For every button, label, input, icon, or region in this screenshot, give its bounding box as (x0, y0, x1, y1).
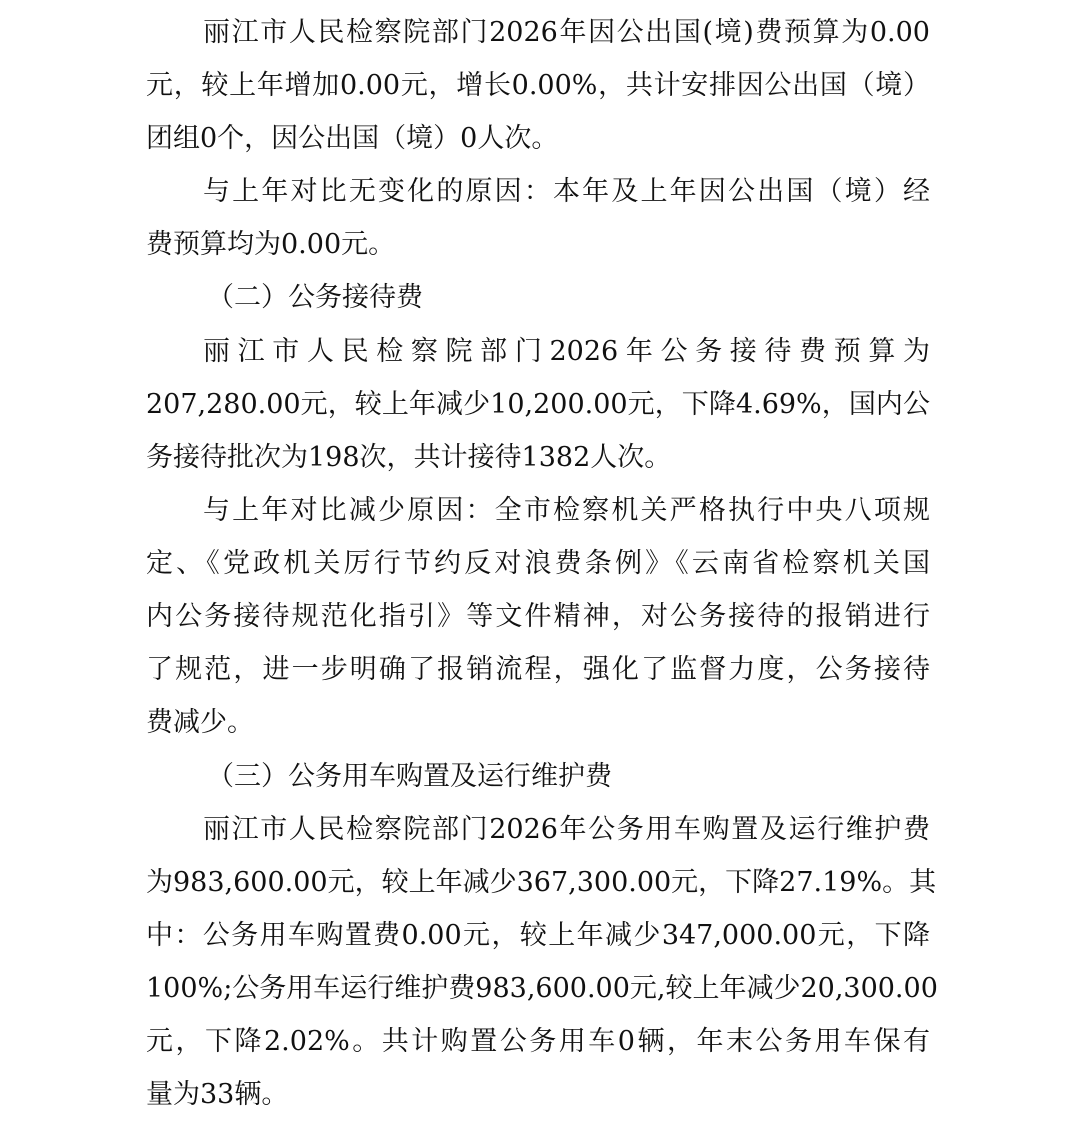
overseas-reason-line-1: 与上年对比无变化的原因：本年及上年因公出国（境）经 (203, 172, 930, 212)
reception-reason-line-1: 与上年对比减少原因：全市检察机关严格执行中央八项规 (203, 491, 930, 531)
reception-reason-line-3: 内公务接待规范化指引》等文件精神，对公务接待的报销进行 (146, 597, 930, 637)
vehicle-budget-line-1: 丽江市人民检察院部门2026年公务用车购置及运行维护费 (203, 810, 930, 850)
overseas-budget-line-2: 元，较上年增加0.00元，增长0.00%，共计安排因公出国（境） (146, 66, 930, 106)
reception-budget-line-1: 丽江市人民检察院部门2026年公务接待费预算为 (203, 332, 930, 372)
vehicle-budget-line-2: 为983,600.00元，较上年减少367,300.00元，下降27.19%。其 (146, 863, 930, 903)
reception-reason-line-4: 了规范，进一步明确了报销流程，强化了监督力度，公务接待 (146, 650, 930, 690)
document-page: 丽江市人民检察院部门2026年因公出国(境)费预算为0.00 元，较上年增加0.… (0, 0, 1074, 1121)
vehicle-budget-line-6: 量为33辆。 (146, 1075, 930, 1115)
section-heading-vehicles: （三）公务用车购置及运行维护费 (207, 757, 930, 797)
vehicle-budget-line-3: 中：公务用车购置费0.00元，较上年减少347,000.00元，下降 (146, 916, 930, 956)
reception-reason-line-2: 定、《党政机关厉行节约反对浪费条例》《云南省检察机关国 (146, 544, 930, 584)
reception-reason-line-5: 费减少。 (146, 703, 930, 743)
overseas-budget-line-1: 丽江市人民检察院部门2026年因公出国(境)费预算为0.00 (203, 13, 930, 53)
overseas-reason-line-2: 费预算均为0.00元。 (146, 225, 930, 265)
vehicle-budget-line-4: 100%;公务用车运行维护费983,600.00元,较上年减少20,300.00 (146, 969, 930, 1009)
section-heading-reception: （二）公务接待费 (207, 278, 930, 318)
overseas-budget-line-3: 团组0个，因公出国（境）0人次。 (146, 119, 930, 159)
reception-budget-line-3: 务接待批次为198次，共计接待1382人次。 (146, 438, 930, 478)
reception-budget-line-2: 207,280.00元，较上年减少10,200.00元，下降4.69%，国内公 (146, 385, 930, 425)
vehicle-budget-line-5: 元，下降2.02%。共计购置公务用车0辆，年末公务用车保有 (146, 1022, 930, 1062)
